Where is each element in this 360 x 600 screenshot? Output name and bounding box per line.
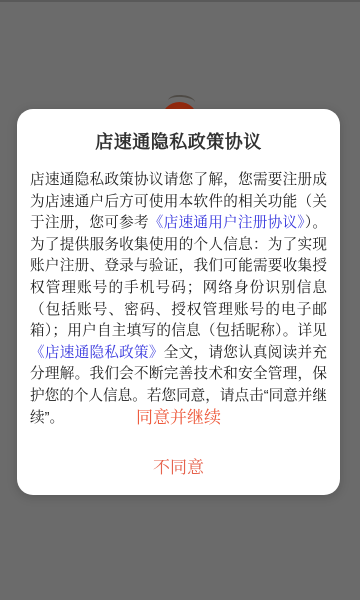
privacy-policy-link[interactable]: 《店速通隐私政策》: [30, 345, 164, 361]
privacy-policy-dialog: 店速通隐私政策协议 店速通隐私政策协议请您了解，您需要注册成为店速通户后方可使用…: [17, 109, 340, 495]
privacy-policy-text: 店速通隐私政策协议请您了解，您需要注册成为店速通户后方可使用本软件的相关功能（关…: [30, 170, 327, 429]
body-text-segment-2: ）。为了提供服务收集使用的个人信息：为了实现账户注册、登录与验证，我们可能需要收…: [30, 215, 327, 339]
status-bar-shade: [0, 0, 360, 2]
user-registration-agreement-link[interactable]: 《店速通用户注册协议》: [149, 215, 305, 231]
agree-and-continue-button[interactable]: 同意并继续: [17, 403, 340, 428]
dialog-title: 店速通隐私政策协议: [17, 109, 340, 154]
disagree-button[interactable]: 不同意: [17, 453, 340, 478]
